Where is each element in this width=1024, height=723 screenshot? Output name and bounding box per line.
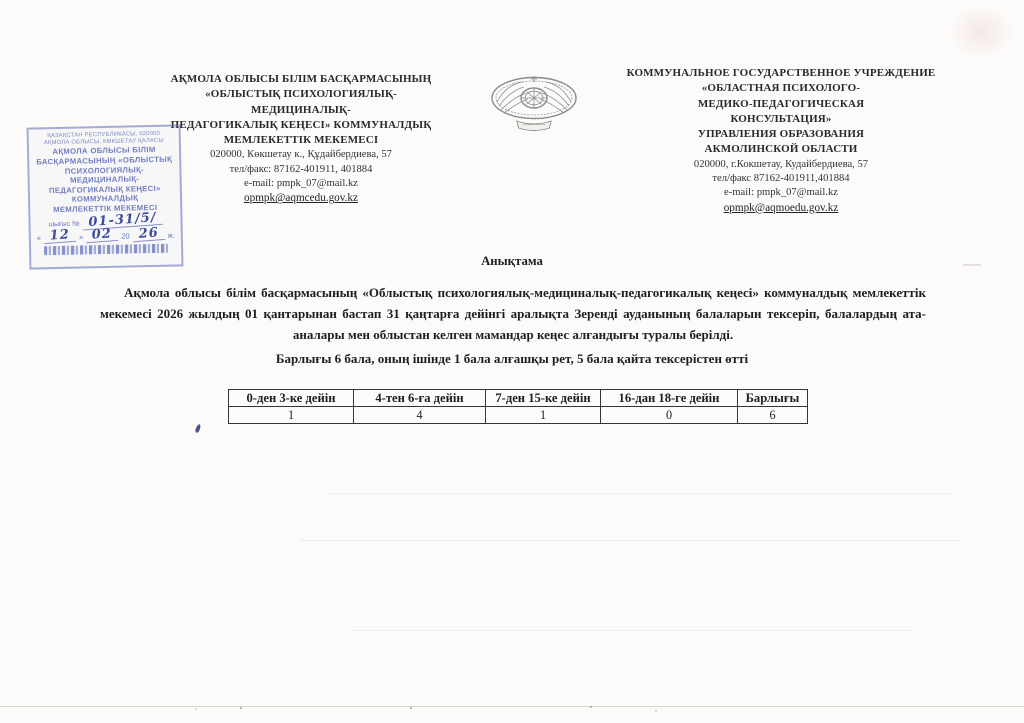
- org-email-link: opmpk@aqmoedu.gov.kz: [626, 201, 936, 216]
- scan-edge-shadow: [0, 706, 1024, 707]
- kazakhstan-coat-of-arms-icon: [489, 76, 579, 134]
- org-name-line: КОНСУЛЬТАЦИЯ»: [626, 112, 936, 127]
- org-name-line: МЕДИЦИНАЛЫҚ-: [140, 103, 462, 118]
- phone-line: тел/факс 87162-401911,401884: [626, 172, 936, 186]
- org-name-line: АКМОЛИНСКОЙ ОБЛАСТИ: [626, 142, 936, 157]
- date-century: 20: [121, 231, 130, 241]
- handwritten-month: 02: [86, 227, 119, 242]
- table-header-cell: 0-ден 3-ке дейін: [229, 390, 354, 407]
- table-value-row: 1 4 1 0 6: [229, 407, 808, 424]
- table-value-cell: 1: [229, 407, 354, 424]
- totals-summary-line: Барлығы 6 бала, оның ішінде 1 бала алғаш…: [0, 351, 1024, 367]
- table-header-cell: 4-тен 6-ға дейін: [354, 390, 486, 407]
- table-header-cell: 16-дан 18-ге дейін: [601, 390, 738, 407]
- date-suffix: ж.: [168, 230, 175, 240]
- scan-streak: [330, 493, 950, 494]
- letterhead-russian: КОММУНАЛЬНОЕ ГОСУДАРСТВЕННОЕ УЧРЕЖДЕНИЕ …: [626, 66, 936, 216]
- table-value-cell: 0: [601, 407, 738, 424]
- scan-streak: [350, 630, 910, 631]
- phone-line: тел/факс: 87162-401911, 401884: [140, 163, 462, 177]
- email-line: e-mail: pmpk_07@mail.kz: [140, 177, 462, 191]
- scan-mark: [963, 264, 981, 266]
- address-line: 020000, Көкшетау к., Құдайбердиева, 57: [140, 148, 462, 162]
- table-value-cell: 1: [486, 407, 601, 424]
- org-name-line: ПЕДАГОГИКАЛЫҚ КЕҢЕСІ» КОММУНАЛДЫҚ: [140, 118, 462, 133]
- table-header-row: 0-ден 3-ке дейін 4-тен 6-ға дейін 7-ден …: [229, 390, 808, 407]
- table-value-cell: 6: [738, 407, 808, 424]
- org-name-line: АҚМОЛА ОБЛЫСЫ БІЛІМ БАСҚАРМАСЫНЫҢ: [140, 72, 462, 87]
- address-line: 020000, г.Кокшетау, Кудайбердиева, 57: [626, 158, 936, 172]
- org-name-line: УПРАВЛЕНИЯ ОБРАЗОВАНИЯ: [626, 127, 936, 142]
- email-line: e-mail: pmpk_07@mail.kz: [626, 186, 936, 200]
- ink-blot-mark: [194, 424, 201, 434]
- org-name-line: «ОБЛАСТНАЯ ПСИХОЛОГО-: [626, 81, 936, 96]
- table-header-cell: Барлығы: [738, 390, 808, 407]
- scan-smudge: [946, 2, 1016, 62]
- table-value-cell: 4: [354, 407, 486, 424]
- scanned-document-page: АҚМОЛА ОБЛЫСЫ БІЛІМ БАСҚАРМАСЫНЫҢ «ОБЛЫС…: [0, 0, 1024, 723]
- age-group-table: 0-ден 3-ке дейін 4-тен 6-ға дейін 7-ден …: [228, 389, 808, 424]
- document-body-paragraph: Ақмола облысы білім басқармасының «Облыс…: [100, 282, 926, 345]
- registration-stamp: ҚАЗАҚСТАН РЕСПУБЛИКАСЫ, 020000 АҚМОЛА ОБ…: [27, 124, 184, 269]
- handwritten-year: 26: [132, 226, 165, 241]
- handwritten-day: 12: [43, 228, 76, 243]
- org-email-link: opmpk@aqmcedu.gov.kz: [140, 191, 462, 206]
- document-title: Анықтама: [0, 254, 1024, 269]
- table-header-cell: 7-ден 15-ке дейін: [486, 390, 601, 407]
- org-name-line: МЕДИКО-ПЕДАГОГИЧЕСКАЯ: [626, 97, 936, 112]
- org-name-line: МЕМЛЕКЕТТІК МЕКЕМЕСІ: [140, 133, 462, 148]
- scan-specks: [240, 707, 242, 709]
- date-quote: »: [79, 232, 83, 242]
- letterhead-kazakh: АҚМОЛА ОБЛЫСЫ БІЛІМ БАСҚАРМАСЫНЫҢ «ОБЛЫС…: [140, 72, 462, 206]
- date-quote: «: [37, 233, 41, 243]
- org-name-line: «ОБЛЫСТЫҚ ПСИХОЛОГИЯЛЫҚ-: [140, 87, 462, 102]
- org-name-line: КОММУНАЛЬНОЕ ГОСУДАРСТВЕННОЕ УЧРЕЖДЕНИЕ: [626, 66, 936, 81]
- scan-streak: [300, 540, 960, 541]
